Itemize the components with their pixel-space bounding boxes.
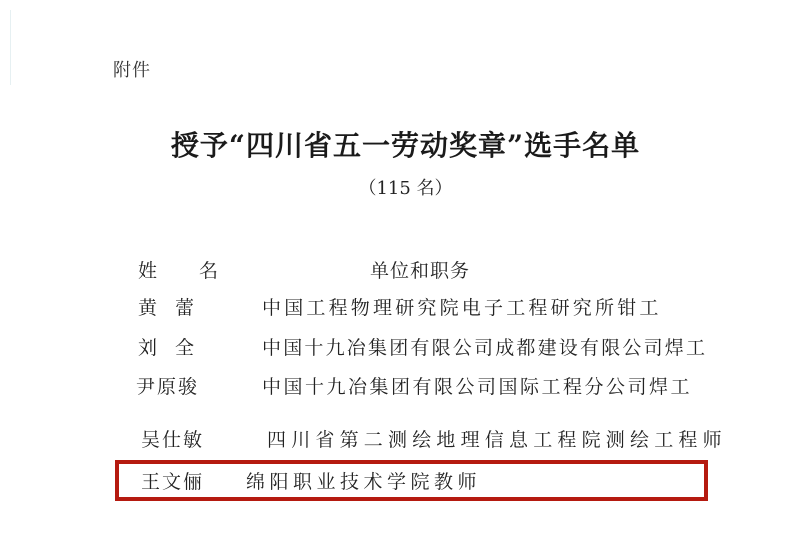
- table-row: 尹原骏 中国十九冶集团有限公司国际工程分公司焊工: [0, 372, 799, 402]
- recipient-name: 刘全: [138, 333, 212, 360]
- table-row: 吴仕敏 四川省第二测绘地理信息工程院测绘工程师: [0, 425, 799, 455]
- recipient-org: 中国工程物理研究院电子工程研究所钳工: [262, 293, 662, 320]
- table-row: 刘全 中国十九冶集团有限公司成都建设有限公司焊工: [0, 333, 799, 363]
- recipient-org: 中国十九冶集团有限公司成都建设有限公司焊工: [262, 333, 707, 360]
- recipient-name: 吴仕敏: [141, 425, 204, 452]
- header-org: 单位和职务: [370, 256, 470, 283]
- document-title: 授予“四川省五一劳动奖章”选手名单: [0, 124, 799, 164]
- recipient-name: 尹原骏: [136, 372, 199, 399]
- table-header-row: 姓 名 单位和职务: [0, 256, 799, 286]
- recipient-count: （115 名）: [0, 174, 799, 200]
- recipient-name: 黄蕾: [138, 293, 212, 320]
- scan-edge-line: [10, 10, 11, 85]
- recipient-org: 中国十九冶集团有限公司国际工程分公司焊工: [262, 372, 692, 399]
- header-name: 姓 名: [138, 256, 236, 283]
- attachment-label: 附件: [113, 56, 151, 82]
- table-row: 黄蕾 中国工程物理研究院电子工程研究所钳工: [0, 293, 799, 323]
- recipient-org: 四川省第二测绘地理信息工程院测绘工程师: [267, 425, 727, 452]
- highlight-box: [115, 460, 708, 501]
